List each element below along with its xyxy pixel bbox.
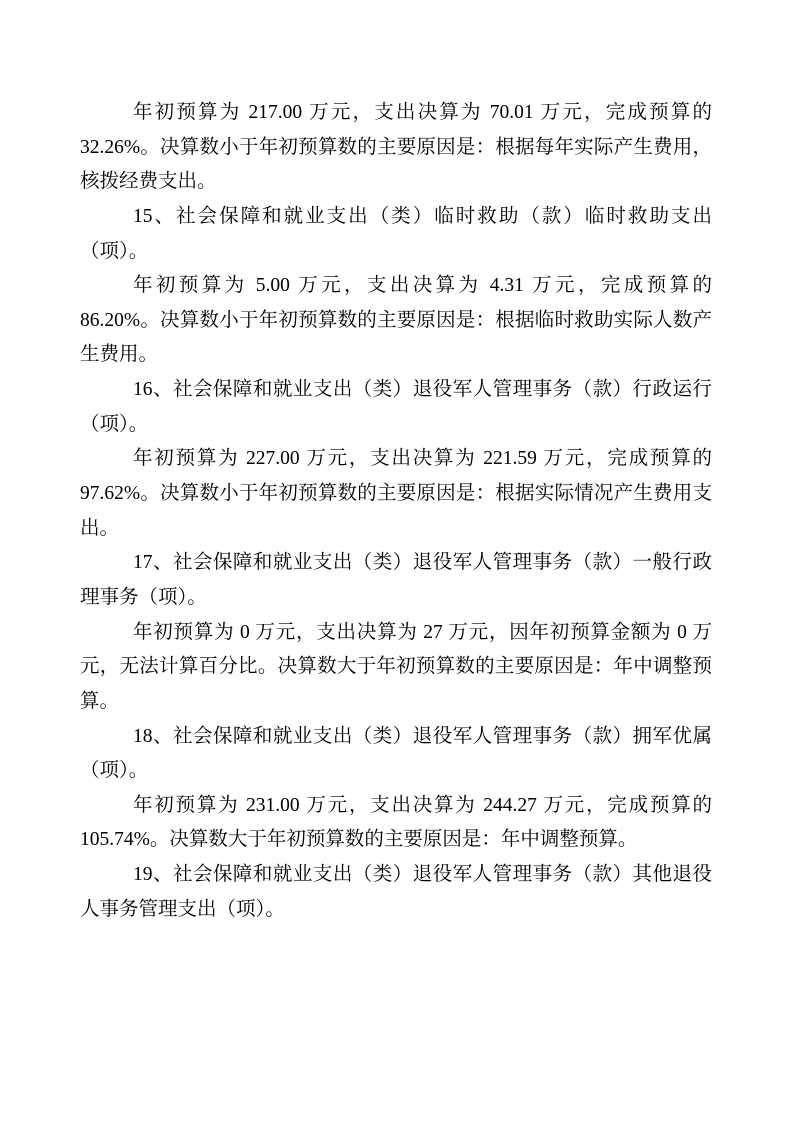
text-line: 出。	[80, 512, 712, 547]
text-line: 年初预算为 217.00 万元，支出决算为 70.01 万元，完成预算的	[80, 96, 712, 131]
text-line: 元，无法计算百分比。决算数大于年初预算数的主要原因是：年中调整预	[80, 650, 712, 685]
paragraph: 年初预算为 217.00 万元，支出决算为 70.01 万元，完成预算的32.2…	[80, 96, 712, 200]
paragraph: 年初预算为 5.00 万元，支出决算为 4.31 万元，完成预算的86.20%。…	[80, 269, 712, 373]
document-page: 年初预算为 217.00 万元，支出决算为 70.01 万元，完成预算的32.2…	[0, 0, 793, 1122]
paragraph: 18、社会保障和就业支出（类）退役军人管理事务（款）拥军优属（项）。	[80, 720, 712, 789]
text-block: 年初预算为 217.00 万元，支出决算为 70.01 万元，完成预算的32.2…	[80, 96, 712, 927]
text-line: 人事务管理支出（项）。	[80, 893, 712, 928]
text-line: 17、社会保障和就业支出（类）退役军人管理事务（款）一般行政管	[80, 546, 712, 581]
text-line: 18、社会保障和就业支出（类）退役军人管理事务（款）拥军优属	[80, 720, 712, 755]
paragraph: 15、社会保障和就业支出（类）临时救助（款）临时救助支出（项）。	[80, 200, 712, 269]
text-line: 年初预算为 231.00 万元，支出决算为 244.27 万元，完成预算的	[80, 789, 712, 824]
text-line: （项）。	[80, 408, 712, 443]
text-line: 年初预算为 0 万元，支出决算为 27 万元，因年初预算金额为 0 万	[80, 616, 712, 651]
paragraph: 年初预算为 227.00 万元，支出决算为 221.59 万元，完成预算的97.…	[80, 442, 712, 546]
text-line: 105.74%。决算数大于年初预算数的主要原因是：年中调整预算。	[80, 823, 712, 858]
text-line: 32.26%。决算数小于年初预算数的主要原因是：根据每年实际产生费用，	[80, 131, 712, 166]
text-line: 19、社会保障和就业支出（类）退役军人管理事务（款）其他退役军	[80, 858, 712, 893]
text-line: （项）。	[80, 235, 712, 270]
text-line: 15、社会保障和就业支出（类）临时救助（款）临时救助支出	[80, 200, 712, 235]
text-line: 86.20%。决算数小于年初预算数的主要原因是：根据临时救助实际人数产	[80, 304, 712, 339]
text-line: 年初预算为 227.00 万元，支出决算为 221.59 万元，完成预算的	[80, 442, 712, 477]
paragraph: 年初预算为 0 万元，支出决算为 27 万元，因年初预算金额为 0 万元，无法计…	[80, 616, 712, 720]
paragraph: 19、社会保障和就业支出（类）退役军人管理事务（款）其他退役军人事务管理支出（项…	[80, 858, 712, 927]
paragraph: 17、社会保障和就业支出（类）退役军人管理事务（款）一般行政管理事务（项）。	[80, 546, 712, 615]
text-line: 97.62%。决算数小于年初预算数的主要原因是：根据实际情况产生费用支	[80, 477, 712, 512]
text-line: 算。	[80, 685, 712, 720]
paragraph: 年初预算为 231.00 万元，支出决算为 244.27 万元，完成预算的105…	[80, 789, 712, 858]
text-line: 核拨经费支出。	[80, 165, 712, 200]
text-line: 年初预算为 5.00 万元，支出决算为 4.31 万元，完成预算的	[80, 269, 712, 304]
text-line: 16、社会保障和就业支出（类）退役军人管理事务（款）行政运行	[80, 373, 712, 408]
text-line: 理事务（项）。	[80, 581, 712, 616]
paragraph: 16、社会保障和就业支出（类）退役军人管理事务（款）行政运行（项）。	[80, 373, 712, 442]
text-line: （项）。	[80, 754, 712, 789]
text-line: 生费用。	[80, 338, 712, 373]
